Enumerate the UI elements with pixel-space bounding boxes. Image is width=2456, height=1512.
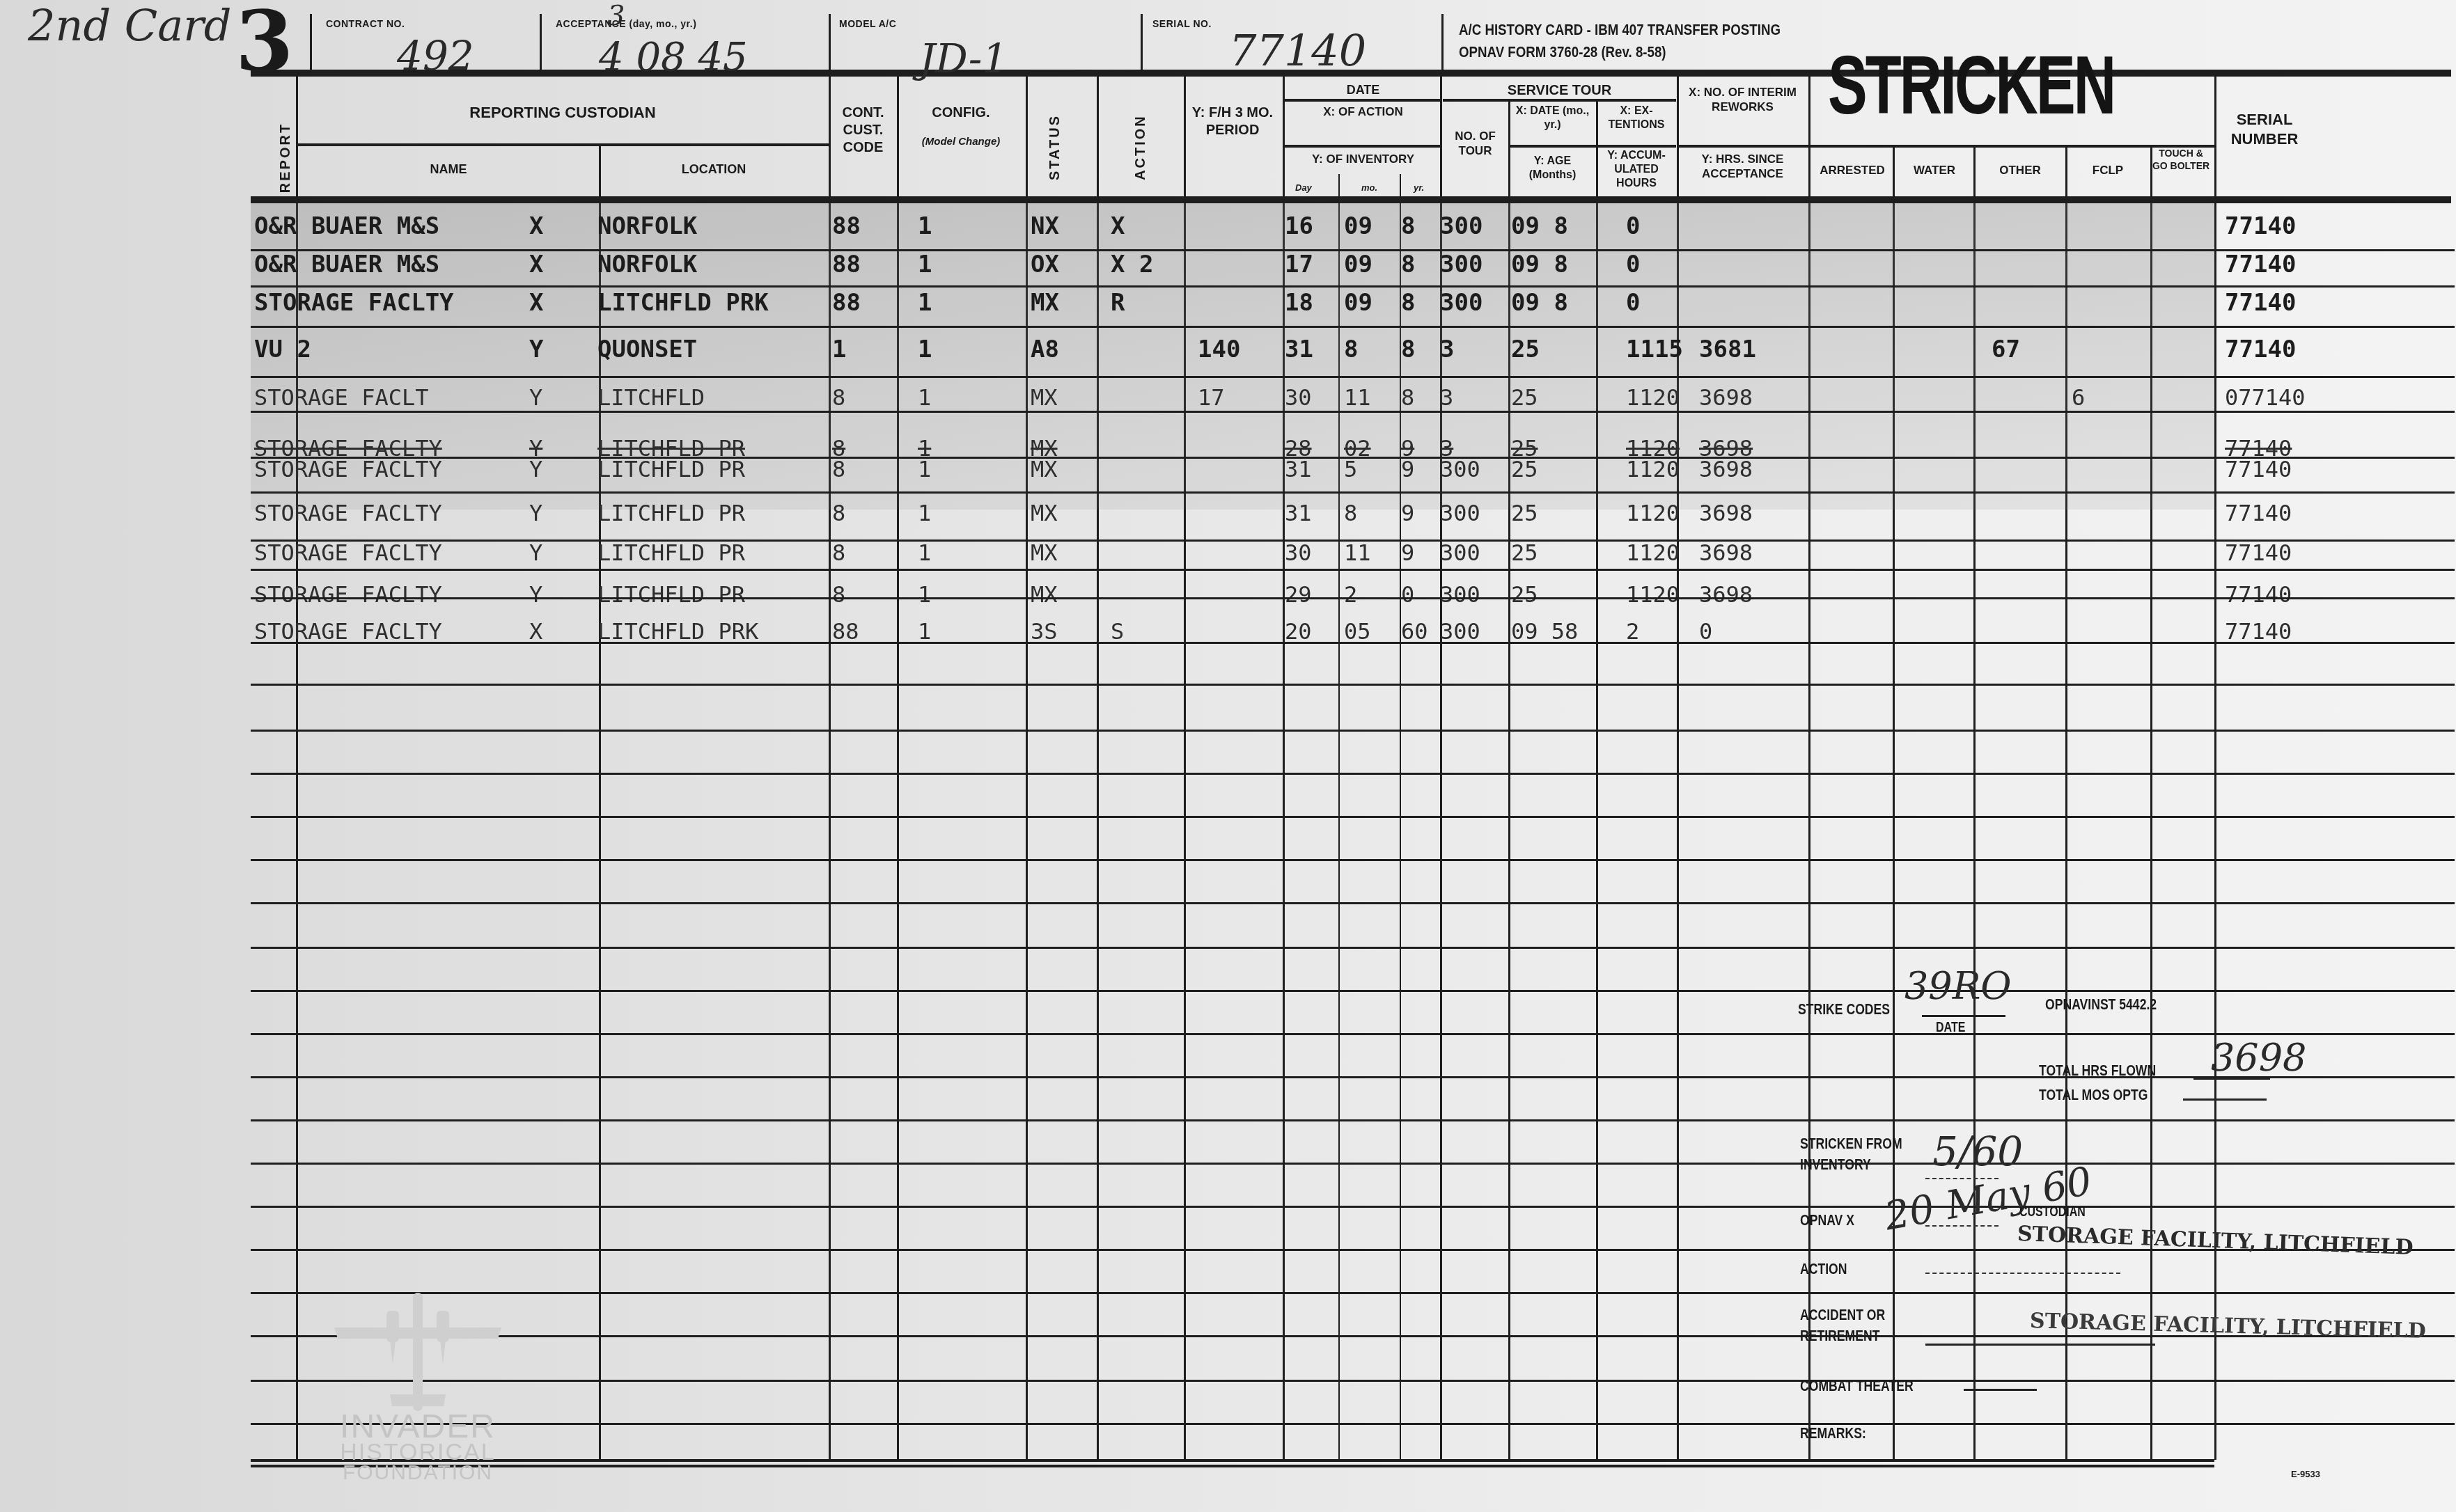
cell-name: STORAGE FACLTY [254, 456, 442, 482]
cell-code: 88 [832, 289, 861, 317]
cell-serial: 77140 [2225, 581, 2292, 608]
bottom-rule [251, 1459, 2214, 1462]
cell-day: 31 [1285, 500, 1312, 526]
cell-name: STORAGE FACLTY [254, 289, 454, 317]
cell-rep: X [529, 212, 543, 240]
cell-tdate: 09 8 [1511, 289, 1568, 317]
cell-code: 1 [832, 336, 846, 363]
cell-reworks: 3698 [1699, 581, 1753, 608]
divider [1141, 14, 1143, 71]
col-reporting-custodian: REPORTING CUSTODIAN [298, 103, 827, 123]
stricken-value: 5/60 [1932, 1128, 2023, 1175]
row-rule [251, 569, 2455, 571]
serial-value: 77140 [1229, 25, 1366, 76]
cell-mo: 09 [1344, 251, 1372, 278]
cell-tour: 300 [1440, 456, 1480, 482]
row-rule [251, 1163, 2455, 1165]
cell-loc: NORFOLK [597, 251, 697, 278]
cell-ext: 1120 [1626, 500, 1680, 526]
cell-yr: 9 [1401, 540, 1414, 566]
cell-config: 1 [918, 251, 932, 278]
cell-serial: 77140 [2225, 456, 2292, 482]
col-other: OTHER [1975, 163, 2065, 178]
cell-tdate: 09 8 [1511, 212, 1568, 240]
cell-yr: 9 [1401, 500, 1414, 526]
cell-rep: Y [529, 581, 542, 608]
accident-value: STORAGE FACILITY, LITCHFIELD [2030, 1309, 2427, 1344]
row-rule [251, 990, 2455, 992]
cell-rep: Y [529, 384, 542, 411]
row-rule [251, 1423, 2455, 1425]
col-cont-cust-code: CONT. CUST. CODE [830, 104, 896, 157]
cell-serial: 77140 [2225, 212, 2296, 240]
cell-config: 1 [918, 456, 931, 482]
cell-name: VU 2 [254, 336, 311, 363]
cell-status: MX [1031, 456, 1058, 482]
cell-yr: 9 [1401, 456, 1414, 482]
bottom-rule [251, 1465, 2214, 1467]
rule [1285, 145, 1441, 148]
cell-code: 88 [832, 251, 861, 278]
col-yr: yr. [1414, 182, 1424, 193]
cell-action: X 2 [1111, 251, 1153, 278]
col-touch-go-bolter: TOUCH & GO BOLTER [2150, 148, 2212, 172]
cell-status: OX [1031, 251, 1059, 278]
cell-mo: 8 [1344, 500, 1357, 526]
cell-config: 1 [918, 289, 932, 317]
cell-fclp: 6 [2072, 384, 2085, 411]
row-rule [251, 1033, 2455, 1035]
cell-tdate: 09 58 [1511, 618, 1578, 645]
handwritten-card-note: 2nd Card [28, 0, 232, 51]
cell-code: 8 [832, 540, 845, 566]
watermark-line3: FOUNDATION [334, 1464, 501, 1479]
cell-action: R [1111, 289, 1125, 317]
cell-tour: 300 [1440, 251, 1483, 278]
col-serial-number: SERIAL NUMBER [2216, 110, 2313, 148]
form-number: OPNAV FORM 3760-28 (Rev. 8-58) [1459, 43, 1666, 61]
row-rule [251, 947, 2455, 949]
cell-status: A8 [1031, 336, 1059, 363]
cell-rep: Y [529, 500, 542, 526]
cell-serial: 77140 [2225, 251, 2296, 278]
col-mo: mo. [1361, 182, 1377, 193]
total-mos-label: TOTAL MOS OPTG [2039, 1086, 2148, 1104]
cell-action: X [1111, 212, 1125, 240]
watermark-line1: INVADER [334, 1413, 501, 1442]
cell-yr: 8 [1401, 336, 1415, 363]
acceptance-value: 4 08 45 [599, 35, 748, 80]
col-fh-period: Y: F/H 3 MO. PERIOD [1184, 104, 1281, 139]
col-date: DATE [1285, 82, 1441, 98]
row-rule [251, 1119, 2455, 1121]
cell-other: 67 [1992, 336, 2020, 363]
cell-rep: Y [529, 540, 542, 566]
cell-rep: X [529, 618, 542, 645]
cell-yr: 8 [1401, 384, 1414, 411]
rule [1678, 145, 2214, 148]
accident-label: ACCIDENT OR [1800, 1306, 1885, 1324]
row-rule [251, 457, 2455, 459]
cell-mo: 2 [1344, 581, 1357, 608]
underline [1925, 1344, 2155, 1346]
cell-code: 8 [832, 500, 845, 526]
cell-ext: 1115 [1626, 336, 1683, 363]
divider [540, 14, 542, 71]
cell-reworks: 3698 [1699, 500, 1753, 526]
strike-codes-underline [1922, 1015, 2005, 1017]
col-service-tour: SERVICE TOUR [1443, 82, 1676, 100]
cell-fh: 140 [1198, 336, 1240, 363]
row-rule [251, 249, 2455, 251]
cell-name: STORAGE FACLTY [254, 581, 442, 608]
cell-reworks: 3698 [1699, 384, 1753, 411]
row-rule [251, 902, 2455, 904]
cell-loc: LITCHFLD PR [597, 540, 745, 566]
cell-loc: NORFOLK [597, 212, 697, 240]
cell-tour: 300 [1440, 618, 1480, 645]
cell-tour: 3 [1440, 336, 1454, 363]
col-no-of-tour: NO. OF TOUR [1443, 129, 1508, 159]
cell-status: NX [1031, 212, 1059, 240]
cell-loc: LITCHFLD PRK [597, 289, 769, 317]
cell-tdate: 25 [1511, 581, 1538, 608]
cell-ext: 1120 [1626, 384, 1680, 411]
col-location: LOCATION [600, 162, 827, 178]
row-rule [251, 773, 2455, 775]
row-rule [251, 642, 2455, 644]
cell-tdate: 25 [1511, 456, 1538, 482]
cell-yr: 8 [1401, 289, 1415, 317]
row-rule [251, 540, 2455, 542]
cell-name: O&R BUAER M&S [254, 251, 439, 278]
cell-name: STORAGE FACLTY [254, 618, 442, 645]
cell-reworks: 0 [1699, 618, 1712, 645]
col-accum-hours: Y: ACCUM- ULATED HOURS [1597, 149, 1675, 191]
model-value: JD-1 [919, 35, 1008, 82]
cell-ext: 1120 [1626, 540, 1680, 566]
aircraft-silhouette-icon [334, 1291, 501, 1413]
row-rule [251, 730, 2455, 732]
cell-day: 30 [1285, 540, 1312, 566]
cell-mo: 5 [1344, 456, 1357, 482]
total-hrs-label: TOTAL HRS FLOWN [2039, 1062, 2156, 1080]
row-rule [251, 859, 2455, 861]
rule [2214, 70, 2451, 77]
cell-serial: 077140 [2225, 384, 2306, 411]
model-label: MODEL A/C [839, 18, 896, 29]
cell-mo: 09 [1344, 289, 1372, 317]
cell-config: 1 [918, 618, 931, 645]
cell-yr: 8 [1401, 212, 1415, 240]
row-rule [251, 1206, 2455, 1208]
row-rule [251, 285, 2455, 288]
action-label: ACTION [1800, 1260, 1847, 1278]
cell-name: STORAGE FACLT [254, 384, 428, 411]
col-hrs-since: Y: HRS. SINCE ACCEPTANCE [1678, 152, 1807, 182]
cell-name: O&R BUAER M&S [254, 212, 439, 240]
rule [1443, 99, 1676, 102]
cell-day: 31 [1285, 456, 1312, 482]
cell-code: 88 [832, 618, 859, 645]
cell-status: 3S [1031, 618, 1058, 645]
cell-loc: LITCHFLD PR [597, 500, 745, 526]
divider [829, 14, 831, 71]
inventory-label: INVENTORY [1800, 1156, 1871, 1174]
cell-status: MX [1031, 500, 1058, 526]
cell-tdate: 25 [1511, 384, 1538, 411]
cell-name: STORAGE FACLTY [254, 500, 442, 526]
cell-loc: LITCHFLD [597, 384, 705, 411]
cell-ext: 1120 [1626, 456, 1680, 482]
col-config: CONFIG. [898, 104, 1024, 122]
cell-code: 8 [832, 384, 845, 411]
cell-serial: 77140 [2225, 540, 2292, 566]
header-bottom-rule [251, 196, 2451, 203]
row-rule [251, 1292, 2455, 1294]
strike-codes-value: 39RO [1904, 964, 2012, 1008]
cell-yr: 0 [1401, 581, 1414, 608]
strike-codes-label: STRIKE CODES [1798, 1000, 1890, 1018]
cell-day: 16 [1285, 212, 1313, 240]
col-interim-reworks: X: NO. OF INTERIM REWORKS [1678, 85, 1807, 115]
cell-code: 88 [832, 212, 861, 240]
cell-day: 17 [1285, 251, 1313, 278]
col-fclp: FCLP [2067, 163, 2149, 178]
cell-tdate: 25 [1511, 540, 1538, 566]
total-hrs-value: 3698 [2211, 1036, 2306, 1080]
form-title: A/C HISTORY CARD - IBM 407 TRANSFER POST… [1459, 21, 1781, 39]
cell-loc: LITCHFLD PR [597, 581, 745, 608]
cell-mo: 11 [1344, 384, 1371, 411]
cell-config: 1 [918, 336, 932, 363]
cell-reworks: 3681 [1699, 336, 1756, 363]
cell-mo: 09 [1344, 212, 1372, 240]
underline [1964, 1389, 2037, 1391]
cell-day: 31 [1285, 336, 1313, 363]
cell-ext: 0 [1626, 251, 1640, 278]
cell-serial: 77140 [2225, 336, 2296, 363]
cell-ext: 1120 [1626, 581, 1680, 608]
cell-status: MX [1031, 289, 1059, 317]
custodian-label: CUSTODIAN [2019, 1204, 2086, 1220]
divider [1441, 14, 1444, 71]
cell-serial: 77140 [2225, 618, 2292, 645]
cell-tour: 300 [1440, 540, 1480, 566]
cell-day: 30 [1285, 384, 1312, 411]
cell-reworks: 3698 [1699, 456, 1753, 482]
date-label: DATE [1936, 1020, 1965, 1036]
cell-ext: 2 [1626, 618, 1639, 645]
contract-label: CONTRACT NO. [326, 18, 405, 29]
cell-fh: 17 [1198, 384, 1225, 411]
contract-value: 492 [397, 32, 474, 79]
cell-day: 29 [1285, 581, 1312, 608]
cell-rep: X [529, 289, 543, 317]
row-rule [251, 816, 2455, 818]
cell-day: 20 [1285, 618, 1312, 645]
stricken-stamp: STRICKEN [1828, 45, 2114, 127]
cell-ext: 0 [1626, 212, 1640, 240]
cell-rep: Y [529, 336, 543, 363]
cell-yr: 60 [1401, 618, 1428, 645]
cell-rep: Y [529, 456, 542, 482]
rule [298, 143, 829, 146]
cell-tdate: 25 [1511, 336, 1540, 363]
cell-config: 1 [918, 540, 931, 566]
row-rule [251, 411, 2455, 413]
underline [1925, 1273, 2120, 1274]
row-rule [251, 376, 2455, 378]
cell-tour: 300 [1440, 581, 1480, 608]
total-mos-underline [2183, 1098, 2267, 1101]
col-date-action: X: OF ACTION [1285, 104, 1441, 119]
col-action: ACTION [1133, 109, 1149, 186]
col-tour-date: X: DATE (mo., yr.) [1509, 104, 1596, 132]
col-name: NAME [298, 162, 599, 178]
remarks-label: REMARKS: [1800, 1424, 1866, 1442]
cell-serial: 77140 [2225, 500, 2292, 526]
divider [310, 14, 312, 71]
col-report: REPORT [278, 113, 294, 203]
cell-code: 8 [832, 456, 845, 482]
acceptance-overwrite: 3 [607, 0, 625, 32]
total-hrs-underline [2193, 1078, 2270, 1080]
cell-yr: 8 [1401, 251, 1415, 278]
cell-reworks: 3698 [1699, 540, 1753, 566]
cell-loc: LITCHFLD PRK [597, 618, 758, 645]
stricken-label: STRICKEN FROM [1800, 1135, 1902, 1153]
cell-serial: 77140 [2225, 289, 2296, 317]
cell-config: 1 [918, 384, 931, 411]
cell-code: 8 [832, 581, 845, 608]
form-code: E-9533 [2291, 1469, 2320, 1479]
opnav-label: OPNAV X [1800, 1211, 1854, 1229]
cell-status: MX [1031, 384, 1058, 411]
cell-ext: 0 [1626, 289, 1640, 317]
col-config-sub: (Model Change) [898, 136, 1024, 148]
col-water: WATER [1895, 163, 1973, 178]
cell-mo: 05 [1344, 618, 1371, 645]
row-rule [251, 326, 2455, 328]
cell-mo: 11 [1344, 540, 1371, 566]
cell-status: MX [1031, 540, 1058, 566]
cell-config: 1 [918, 581, 931, 608]
cell-tour: 300 [1440, 289, 1483, 317]
col-date-inventory: Y: OF INVENTORY [1285, 152, 1441, 166]
cell-action: S [1111, 618, 1124, 645]
col-extensions: X: EX- TENTIONS [1597, 104, 1675, 132]
cell-mo: 8 [1344, 336, 1358, 363]
rule [1509, 145, 1676, 148]
row-rule [251, 597, 2455, 599]
cell-tour: 300 [1440, 212, 1483, 240]
row-rule [251, 684, 2455, 686]
cell-name: STORAGE FACLTY [254, 540, 442, 566]
cell-day: 18 [1285, 289, 1313, 317]
row-rule [251, 1380, 2455, 1382]
retirement-label: RETIREMENT [1800, 1327, 1879, 1345]
cell-tdate: 25 [1511, 500, 1538, 526]
col-arrested: ARRESTED [1810, 163, 1894, 178]
rule [1285, 99, 1441, 102]
col-day: Day [1295, 182, 1312, 193]
cell-loc: LITCHFLD PR [597, 456, 745, 482]
watermark-line2: HISTORICAL [334, 1442, 501, 1463]
row-rule [251, 491, 2455, 494]
cell-config: 1 [918, 212, 932, 240]
cell-tour: 3 [1440, 384, 1453, 411]
serial-label: SERIAL NO. [1152, 18, 1212, 29]
opnavinst-label: OPNAVINST 5442.2 [2045, 995, 2157, 1014]
cell-status: MX [1031, 581, 1058, 608]
underline [1925, 1225, 1999, 1227]
cell-rep: X [529, 251, 543, 278]
cell-loc: QUONSET [597, 336, 697, 363]
col-tour-age: Y: AGE (Months) [1509, 155, 1596, 182]
col-status: STATUS [1047, 109, 1063, 186]
cell-tdate: 09 8 [1511, 251, 1568, 278]
cell-tour: 300 [1440, 500, 1480, 526]
cell-config: 1 [918, 500, 931, 526]
acceptance-label: ACCEPTANCE (day, mo., yr.) [556, 18, 696, 29]
combat-theater-label: COMBAT THEATER [1800, 1377, 1914, 1395]
